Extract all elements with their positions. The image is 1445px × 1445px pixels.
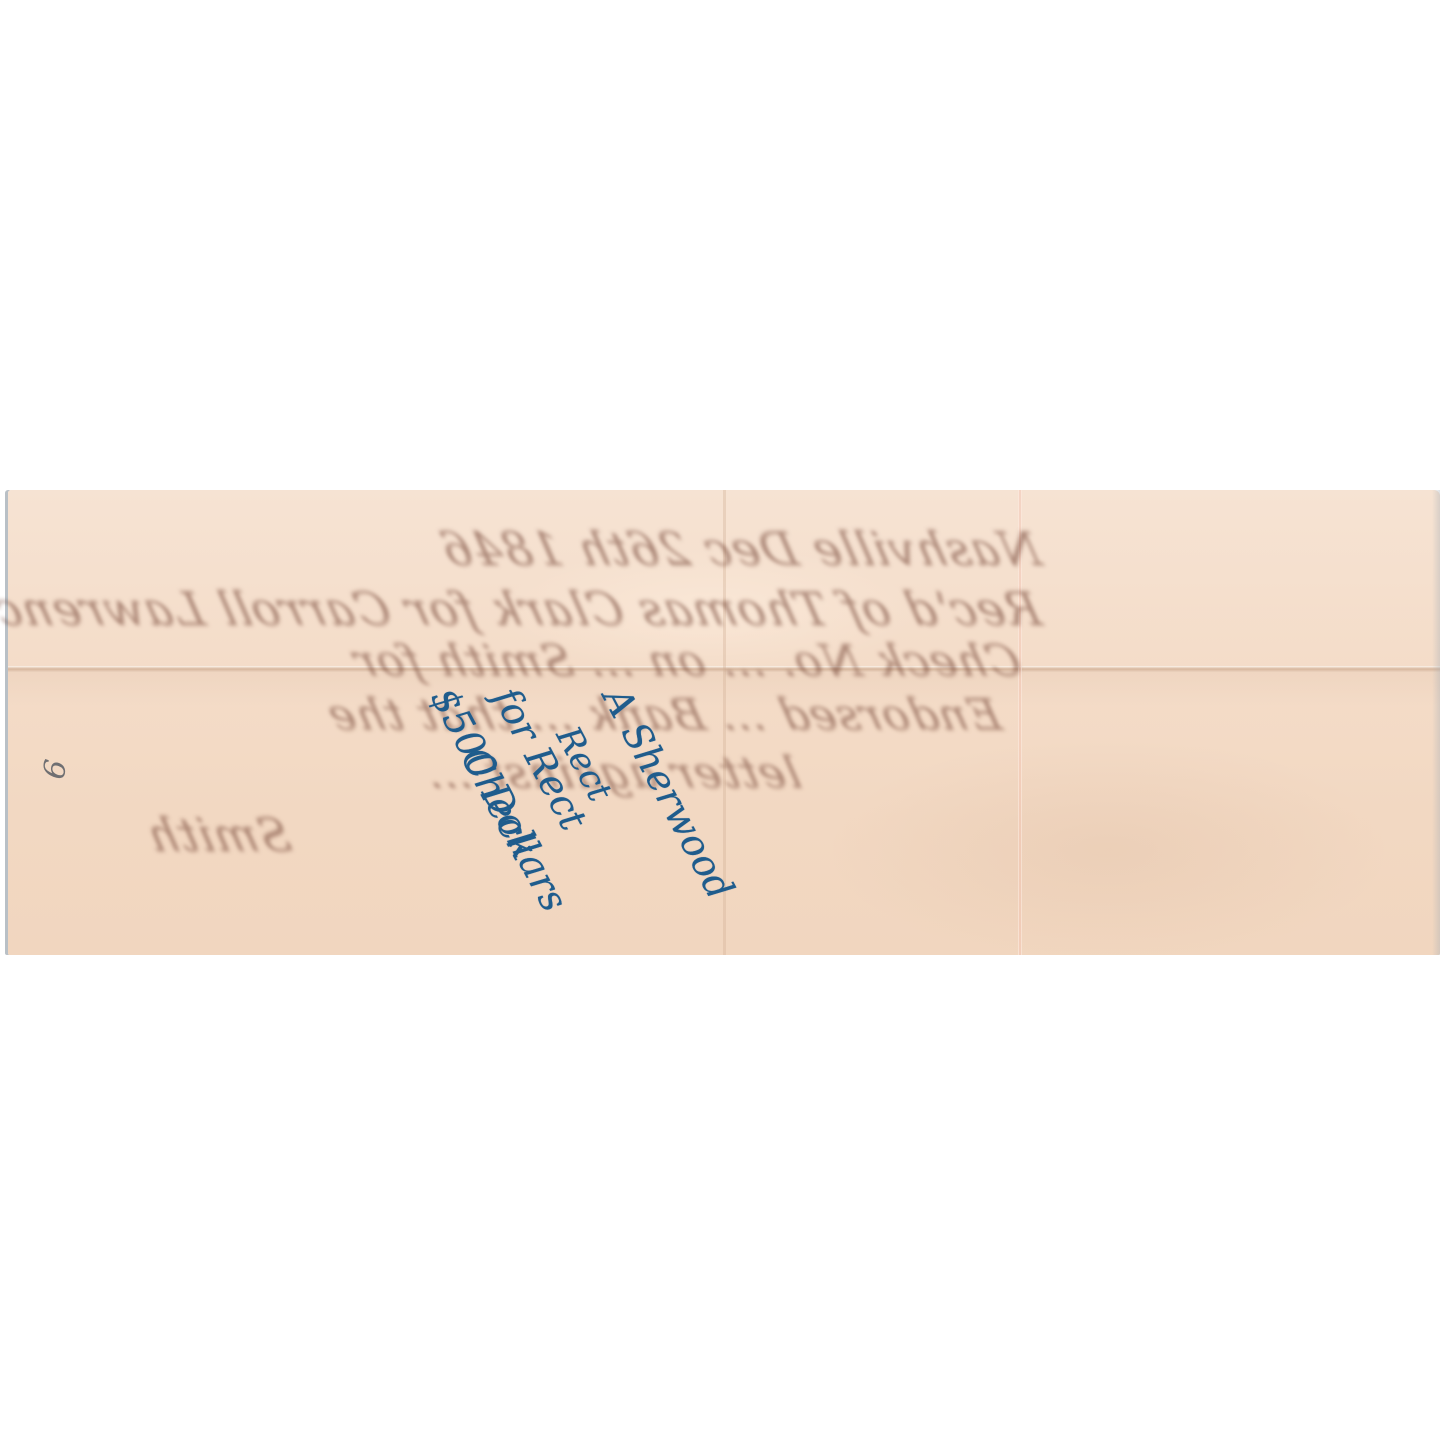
document-paper: Nashville Dec 26th 1846 Rec'd of Thomas …: [8, 490, 1440, 955]
bleed-through-line-date: Nashville Dec 26th 1846: [435, 522, 1047, 576]
pencil-page-number: 6: [37, 757, 75, 782]
bleed-through-line-received: Rec'd of Thomas Clark for Carroll Lawren…: [0, 582, 1047, 636]
blue-ink-docket: A Sherwood Rect for Rect Check $500 Doll…: [453, 680, 713, 960]
bleed-through-signature: Smith: [140, 808, 296, 862]
